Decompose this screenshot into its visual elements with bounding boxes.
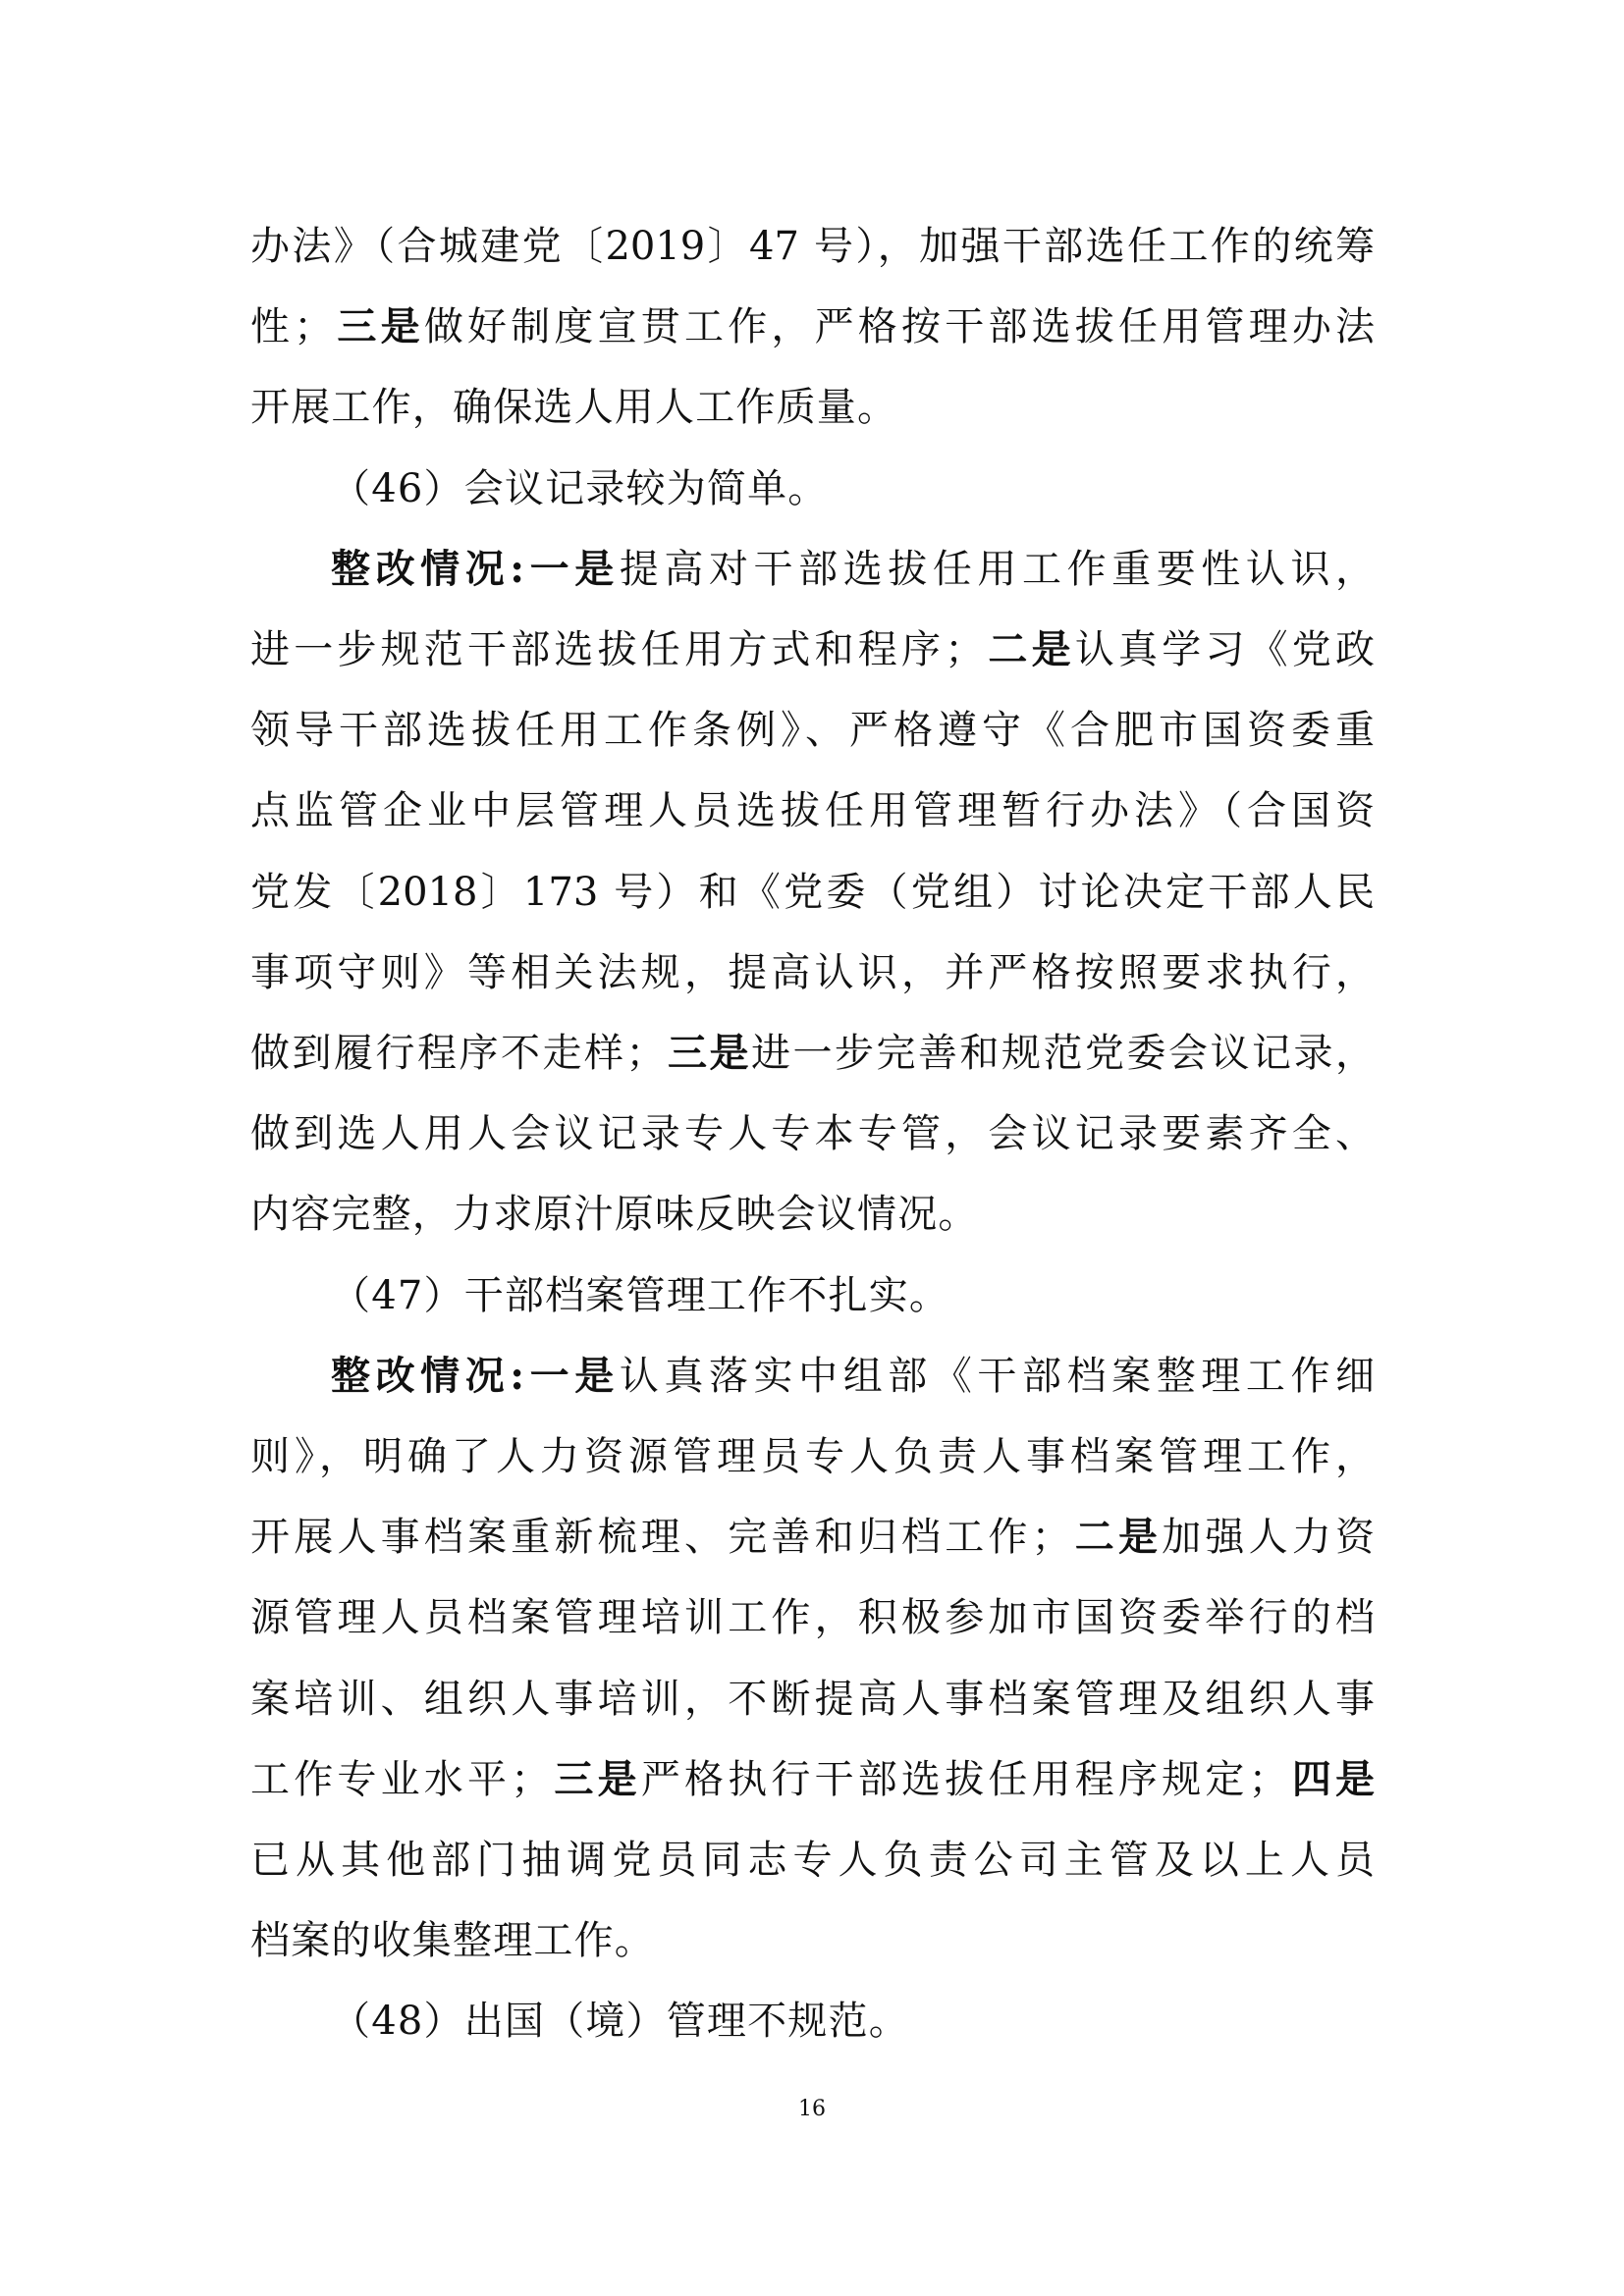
text-line: 则》，明确了人力资源管理员专人负责人事档案管理工作，	[250, 1416, 1375, 1497]
text-line: （47）干部档案管理工作不扎实。	[331, 1255, 1375, 1336]
text-segment: 点监管企业中层管理人员选拔任用管理暂行办法》（合国资	[250, 788, 1375, 833]
text-segment: 进一步完善和规范党委会议记录，	[751, 1031, 1375, 1076]
text-segment: 性；	[250, 304, 333, 349]
text-line: 性；三是做好制度宣贯工作，严格按干部选拔任用管理办法	[250, 287, 1375, 367]
bold-text: 三是	[333, 303, 424, 349]
text-line: 档案的收集整理工作。	[250, 1900, 1375, 1981]
text-line: 已从其他部门抽调党员同志专人负责公司主管及以上人员	[250, 1820, 1375, 1900]
text-segment: 档案的收集整理工作。	[250, 1918, 655, 1963]
text-line: 做到履行程序不走样；三是进一步完善和规范党委会议记录，	[250, 1013, 1375, 1094]
text-segment: 认真学习《党政	[1075, 627, 1375, 672]
text-line: 点监管企业中层管理人员选拔任用管理暂行办法》（合国资	[250, 771, 1375, 851]
text-line: （48）出国（境）管理不规范。	[331, 1981, 1375, 2061]
bold-text: 四是	[1288, 1756, 1375, 1802]
text-line: 做到选人用人会议记录专人专本专管，会议记录要素齐全、	[250, 1094, 1375, 1174]
bold-text: 二是	[984, 626, 1075, 672]
text-segment: 做到履行程序不走样；	[250, 1031, 666, 1076]
text-segment: （47）干部档案管理工作不扎实。	[331, 1273, 949, 1318]
bold-text: 二是	[1071, 1514, 1163, 1560]
text-line: 办法》（合城建党〔2019〕47 号），加强干部选任工作的统筹	[250, 206, 1375, 287]
text-segment: 已从其他部门抽调党员同志专人负责公司主管及以上人员	[250, 1838, 1375, 1883]
text-segment: 事项守则》等相关法规，提高认识，并严格按照要求执行，	[250, 950, 1375, 995]
text-segment: 内容完整，力求原汁原味反映会议情况。	[250, 1192, 979, 1237]
text-segment: 则》，明确了人力资源管理员专人负责人事档案管理工作，	[250, 1434, 1375, 1479]
bold-text: 整改情况:	[331, 1353, 524, 1399]
text-segment: 开展工作，确保选人用人工作质量。	[250, 385, 897, 430]
text-line: 事项守则》等相关法规，提高认识，并严格按照要求执行，	[250, 933, 1375, 1013]
text-segment: （48）出国（境）管理不规范。	[331, 1999, 909, 2044]
text-line: 整改情况:一是提高对干部选拔任用工作重要性认识，	[331, 529, 1375, 610]
text-segment: 做好制度宣贯工作，严格按干部选拔任用管理办法	[424, 304, 1375, 349]
bold-text: 三是	[666, 1030, 752, 1076]
text-line: 开展人事档案重新梳理、完善和归档工作；二是加强人力资	[250, 1497, 1375, 1577]
text-line: 内容完整，力求原汁原味反映会议情况。	[250, 1174, 1375, 1255]
text-line: 源管理人员档案管理培训工作，积极参加市国资委举行的档	[250, 1577, 1375, 1658]
text-segment: 办法》（合城建党〔2019〕47 号），加强干部选任工作的统筹	[250, 224, 1375, 269]
text-segment: 党发〔2018〕173 号）和《党委（党组）讨论决定干部人民	[250, 870, 1375, 915]
text-line: 党发〔2018〕173 号）和《党委（党组）讨论决定干部人民	[250, 852, 1375, 933]
text-segment: 进一步规范干部选拔任用方式和程序；	[250, 627, 984, 672]
page-number: 16	[0, 2097, 1624, 2121]
text-segment: 案培训、组织人事培训，不断提高人事档案管理及组织人事	[250, 1677, 1375, 1722]
bold-text: 整改情况:	[331, 546, 524, 592]
text-segment: 严格执行干部选拔任用程序规定；	[641, 1757, 1288, 1802]
text-segment: 认真落实中组部《干部档案整理工作细	[620, 1354, 1375, 1399]
text-line: 整改情况:一是认真落实中组部《干部档案整理工作细	[331, 1336, 1375, 1416]
document-page: 办法》（合城建党〔2019〕47 号），加强干部选任工作的统筹性；三是做好制度宣…	[0, 0, 1624, 2296]
text-line: 领导干部选拔任用工作条例》、严格遵守《合肥市国资委重	[250, 690, 1375, 771]
text-line: 工作专业水平；三是严格执行干部选拔任用程序规定；四是	[250, 1739, 1375, 1820]
text-segment: 做到选人用人会议记录专人专本专管，会议记录要素齐全、	[250, 1111, 1375, 1156]
text-segment: 提高对干部选拔任用工作重要性认识，	[620, 547, 1375, 592]
text-line: 案培训、组织人事培训，不断提高人事档案管理及组织人事	[250, 1659, 1375, 1739]
text-segment: 开展人事档案重新梳理、完善和归档工作；	[250, 1515, 1071, 1560]
text-segment: 加强人力资	[1162, 1515, 1375, 1560]
bold-text: 三是	[550, 1756, 641, 1802]
text-line: （46）会议记录较为简单。	[331, 449, 1375, 529]
bold-text: 一是	[524, 546, 620, 592]
text-segment: 领导干部选拔任用工作条例》、严格遵守《合肥市国资委重	[250, 708, 1375, 753]
text-line: 开展工作，确保选人用人工作质量。	[250, 367, 1375, 448]
text-segment: 源管理人员档案管理培训工作，积极参加市国资委举行的档	[250, 1595, 1375, 1640]
text-line: 进一步规范干部选拔任用方式和程序；二是认真学习《党政	[250, 610, 1375, 690]
bold-text: 一是	[524, 1353, 620, 1399]
text-segment: （46）会议记录较为简单。	[331, 466, 829, 511]
text-segment: 工作专业水平；	[250, 1757, 550, 1802]
